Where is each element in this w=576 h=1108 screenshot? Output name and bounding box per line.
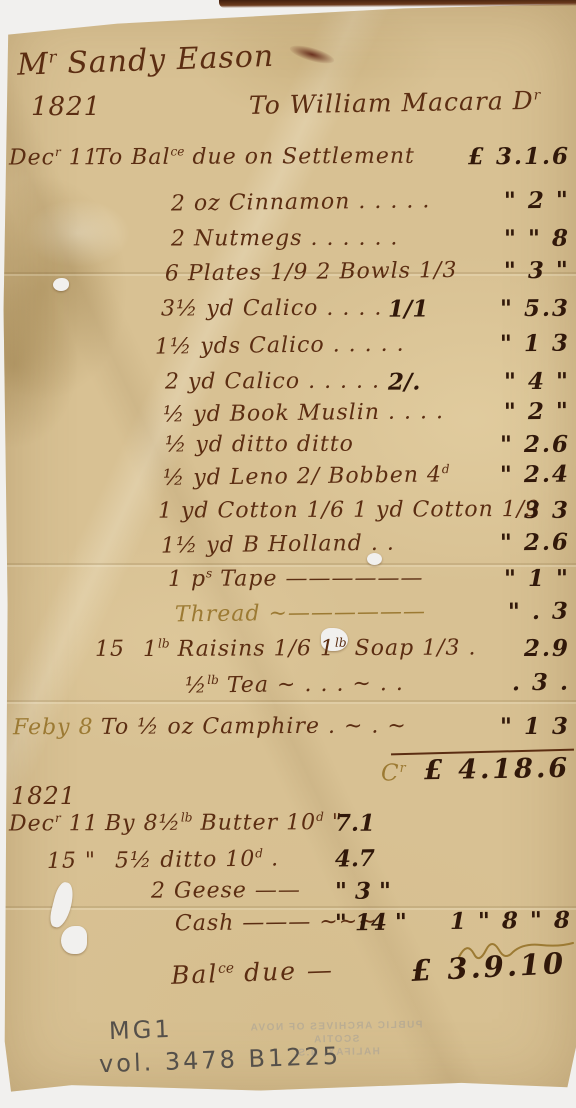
entry-amount: " 1 3	[500, 330, 570, 358]
entry-amount: " 3 "	[335, 878, 391, 905]
account-year: 1821	[31, 92, 101, 122]
entry-amount: " . 3	[508, 598, 570, 626]
ledger-row: 2 oz Cinnamon . . . . . " 2 "	[3, 187, 576, 230]
balance-label: Balce due —	[171, 955, 335, 990]
entry-amount: " 3 "	[504, 257, 570, 285]
entry-desc: ½ yd ditto ditto	[165, 432, 354, 458]
entry-amount: 2.9	[524, 635, 570, 662]
entry-amount: " 1 "	[504, 565, 570, 592]
entry-desc: 2 Nutmegs . . . . . .	[171, 226, 399, 252]
ledger-row: Feby 8 To ½ oz Camphire . ~ . ~ " 1 3	[3, 713, 576, 751]
entry-desc: 5½ ditto 10d .	[115, 846, 279, 873]
entry-desc: 1 yd Cotton 1/6 1 yd Cotton 1/9	[158, 497, 540, 524]
ledger-row: 3½ yd Calico . . . . 1/1 " 5.3	[3, 295, 576, 333]
document-photo: Mr Sandy Eason 1821 To William Macara Dr…	[0, 0, 576, 1108]
ledger-row: 1 ps Tape —————— " 1 "	[3, 565, 576, 603]
entry-amount: 7.1	[335, 810, 375, 837]
ledger-row: ½lb Tea ~ . . . ~ . . . 3 .	[3, 669, 576, 712]
archive-reference-pencil: vol. 3478 B1225	[99, 1042, 342, 1078]
entry-desc: 2 Geese ——	[151, 878, 301, 904]
entry-desc: 1 ps Tape ——————	[168, 565, 424, 591]
entry-amount: " 5.3	[500, 295, 570, 322]
entry-desc: To Balce due on Settlement	[95, 143, 415, 170]
entry-amount: . 3 .	[512, 669, 570, 697]
ledger-row: 1½ yds Calico . . . . . " 1 3	[3, 330, 576, 373]
entry-amount: " 2.6	[500, 431, 570, 458]
entry-desc: ½lb Tea ~ . . . ~ . .	[185, 671, 404, 699]
entry-desc: 2 yd Calico . . . . .	[165, 369, 380, 395]
credit-year: 1821	[11, 782, 76, 810]
account-heading-line: To William Macara Dr	[249, 85, 576, 127]
ledger-row: 15 1lb Raisins 1/6 1lb Soap 1/3 . 2.9	[3, 635, 576, 673]
entry-amount: " " 8	[504, 225, 570, 252]
account-heading: To William Macara Dr	[249, 86, 541, 120]
entry-desc: 1½ yd B Holland . .	[161, 531, 395, 559]
balance-line: Balce due — £ 3.9.10	[3, 4, 576, 40]
entry-desc: 2 oz Cinnamon . . . . .	[171, 188, 431, 216]
entry-date: Decr 11	[9, 145, 99, 171]
total-amount: £ 4.18.6	[424, 753, 571, 787]
entry-date: 15	[95, 637, 125, 662]
entry-date: 15 "	[47, 848, 96, 874]
entry-amount: 1 " 8 " 8	[450, 907, 572, 935]
ledger-row: Thread ~—————— " . 3	[3, 598, 576, 641]
entry-desc: ½ yd Leno 2/ Bobben 4d	[163, 462, 450, 491]
entry-price: 2/.	[388, 368, 421, 395]
balance-amount: £ 3.9.10	[410, 946, 567, 988]
entry-amount: " 2 "	[504, 398, 570, 426]
entry-amount: " 2.4	[500, 461, 570, 489]
entry-desc: ½ yd Book Muslin . . . .	[163, 399, 444, 427]
entry-date: Feby 8	[13, 715, 94, 740]
entry-amount: " 4 "	[504, 368, 570, 395]
entry-amount: £ 3.1.6	[468, 143, 570, 170]
entry-desc: 1lb Raisins 1/6 1lb Soap 1/3 .	[143, 635, 477, 662]
customer-name: Mr Sandy Eason	[17, 39, 275, 83]
entry-desc: By 8½lb Butter 10d "	[105, 810, 343, 836]
archive-reference-pencil: MG1	[109, 1015, 174, 1045]
entry-amount: " 2 "	[504, 187, 570, 215]
entry-date: Decr 11	[9, 811, 99, 837]
ledger-row: Decr 11 To Balce due on Settlement £ 3.1…	[3, 143, 576, 181]
entry-desc: 6 Plates 1/9 2 Bowls 1/3	[165, 258, 458, 287]
total-label: Cr	[381, 760, 406, 787]
entry-amount: " 2.6	[500, 529, 570, 557]
entry-price: " 14 "	[335, 909, 407, 937]
entry-desc: 1½ yds Calico . . . . .	[155, 332, 405, 360]
entry-amount: " 1 3	[500, 713, 570, 740]
ledger-row: 6 Plates 1/9 2 Bowls 1/3 " 3 "	[3, 257, 576, 300]
entry-desc: Thread ~——————	[175, 599, 426, 627]
entry-price: 1/1	[388, 295, 429, 322]
entry-amount: 4.7	[335, 845, 375, 872]
entry-desc: 3½ yd Calico . . . .	[161, 296, 382, 322]
ledger-row: Decr 11 By 8½lb Butter 10d " 7.1	[3, 809, 576, 847]
entry-amount: 3 3	[524, 497, 570, 524]
entry-desc: To ½ oz Camphire . ~ . ~	[101, 713, 407, 739]
paper-sheet: Mr Sandy Eason 1821 To William Macara Dr…	[3, 4, 576, 1096]
